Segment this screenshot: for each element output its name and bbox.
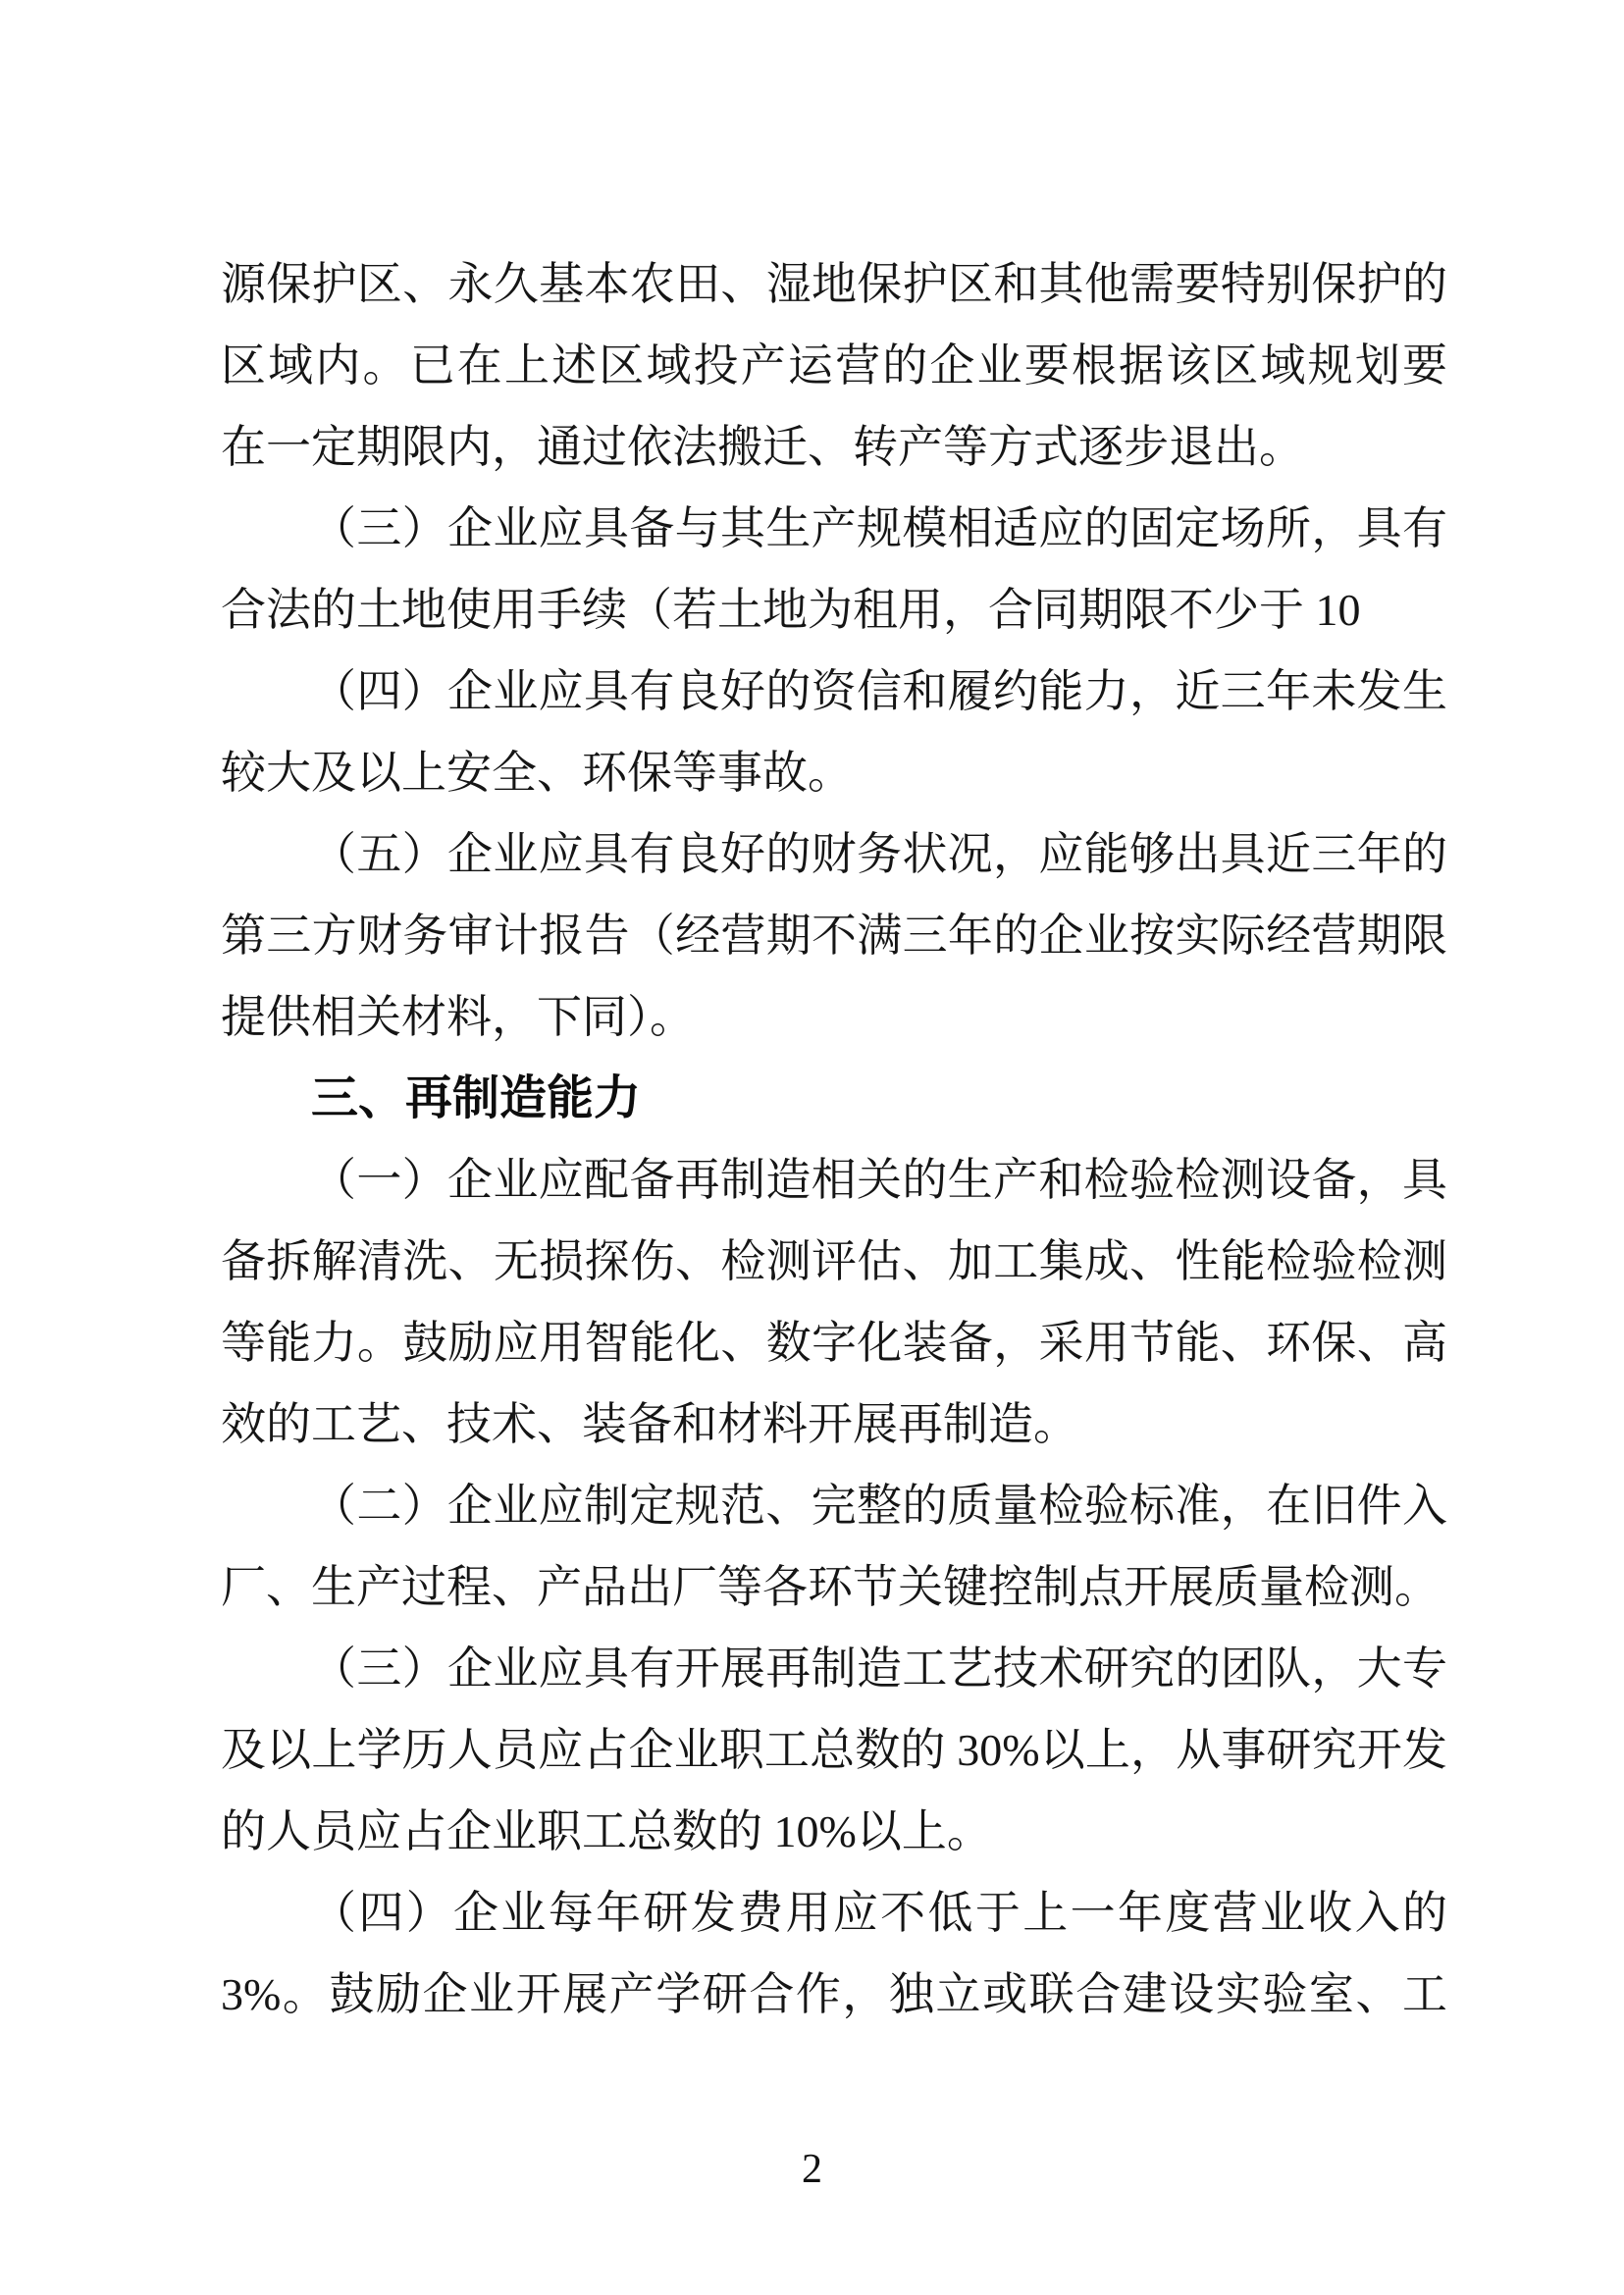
text-line: 源保护区、永久基本农田、湿地保护区和其他需要特别保护的 [221,243,1447,325]
text-line: 及以上学历人员应占企业职工总数的 30%以上，从事研究开发 [221,1709,1447,1791]
text-line: 的人员应占企业职工总数的 10%以上。 [221,1791,1447,1872]
text-line: 备拆解清洗、无损探伤、检测评估、加工集成、性能检验检测 [221,1221,1447,1302]
text-line: （四）企业应具有良好的资信和履约能力，近三年未发生 [221,651,1447,732]
section-heading: 三、再制造能力 [221,1058,1447,1139]
text-line: 厂、生产过程、产品出厂等各环节关键控制点开展质量检测。 [221,1546,1447,1628]
text-line: 较大及以上安全、环保等事故。 [221,732,1447,813]
text-line: （三）企业应具有开展再制造工艺技术研究的团队，大专 [221,1628,1447,1709]
document-body: 源保护区、永久基本农田、湿地保护区和其他需要特别保护的区域内。已在上述区域投产运… [221,243,1447,2035]
document-page: 源保护区、永久基本农田、湿地保护区和其他需要特别保护的区域内。已在上述区域投产运… [0,0,1624,2295]
text-line: 在一定期限内，通过依法搬迁、转产等方式逐步退出。 [221,406,1447,488]
text-line: 提供相关材料，下同）。 [221,976,1447,1058]
text-line: （二）企业应制定规范、完整的质量检验标准，在旧件入 [221,1465,1447,1546]
text-line: 合法的土地使用手续（若土地为租用，合同期限不少于 10 年）。 [221,569,1447,651]
page-number: 2 [0,2145,1624,2194]
text-line: 等能力。鼓励应用智能化、数字化装备，采用节能、环保、高 [221,1302,1447,1383]
text-line: （三）企业应具备与其生产规模相适应的固定场所，具有 [221,488,1447,569]
text-line: （四）企业每年研发费用应不低于上一年度营业收入的 [221,1872,1447,1954]
text-line: 区域内。已在上述区域投产运营的企业要根据该区域规划要求， [221,325,1447,406]
text-line: 效的工艺、技术、装备和材料开展再制造。 [221,1383,1447,1465]
text-line: （一）企业应配备再制造相关的生产和检验检测设备，具 [221,1139,1447,1221]
text-line: （五）企业应具有良好的财务状况，应能够出具近三年的 [221,813,1447,895]
text-line: 3%。鼓励企业开展产学研合作，独立或联合建设实验室、工程 [221,1954,1447,2035]
text-line: 第三方财务审计报告（经营期不满三年的企业按实际经营期限 [221,895,1447,976]
